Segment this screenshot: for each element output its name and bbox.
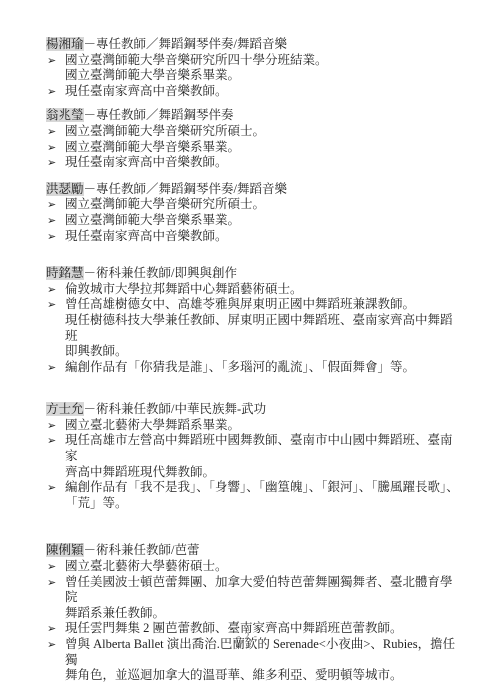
text-line: 現任高雄市左營高中舞蹈班中國舞教師、臺南市中山國中舞蹈班、臺南家	[65, 433, 460, 464]
arrow-bullet-icon: ➢	[46, 197, 65, 213]
bullet-item: ➢國立臺北藝術大學藝術碩士。	[46, 559, 460, 575]
teacher-section: 陳俐穎－術科兼任教師/芭蕾 ➢國立臺北藝術大學藝術碩士。➢曾任美國波士頓芭蕾舞團…	[46, 543, 460, 683]
bullet-text: 編創作品有「我不是我」、「身響」、「幽篁魄」、「銀河」、「騰風躍長歌」、「荒」等…	[65, 480, 460, 511]
teacher-name: 陳俐穎	[46, 543, 84, 557]
teacher-items: ➢國立臺灣師範大學音樂研究所碩士。➢國立臺灣師範大學音樂系畢業。➢現任臺南家齊高…	[46, 197, 460, 244]
text-line: 國立臺灣師範大學音樂研究所碩士。	[65, 197, 460, 213]
teacher-items: ➢倫敦城市大學拉邦舞蹈中心舞蹈藝術碩士。➢曾任高雄樹德女中、高雄苓雅與屏東明正國…	[46, 282, 460, 376]
teacher-heading: 時銘慧－術科兼任教師/即興與創作	[46, 266, 460, 282]
teacher-items: ➢國立臺北藝術大學藝術碩士。➢曾任美國波士頓芭蕾舞團、加拿大愛伯特芭蕾舞團獨舞者…	[46, 559, 460, 684]
bullet-text: 現任臺南家齊高中音樂教師。	[65, 155, 460, 171]
bullet-text: 曾任美國波士頓芭蕾舞團、加拿大愛伯特芭蕾舞團獨舞者、臺北體育學院舞蹈系兼任教師。	[65, 575, 460, 622]
teacher-name: 楊湘瑜	[46, 37, 84, 51]
bullet-text: 現任臺南家齊高中音樂教師。	[65, 84, 460, 100]
teacher-heading: 楊湘瑜－專任教師／舞蹈鋼琴伴奏/舞蹈音樂	[46, 37, 460, 53]
bullet-text: 編創作品有「你猜我是誰」、「多瑙河的亂流」、「假面舞會」等。	[65, 360, 460, 376]
bullet-text: 國立臺北藝術大學舞蹈系畢業。	[65, 418, 460, 434]
name-title-separator: －	[84, 108, 97, 122]
arrow-bullet-icon: ➢	[46, 53, 65, 69]
bullet-item: ➢國立臺北藝術大學舞蹈系畢業。	[46, 418, 460, 434]
text-line: 國立臺北藝術大學舞蹈系畢業。	[65, 418, 460, 434]
name-title-separator: －	[84, 266, 97, 280]
bullet-text: 國立臺灣師範大學音樂研究所碩士。	[65, 124, 460, 140]
name-title-separator: －	[84, 37, 97, 51]
text-line: 編創作品有「我不是我」、「身響」、「幽篁魄」、「銀河」、「騰風躍長歌」、	[65, 480, 460, 496]
bullet-text: 國立臺北藝術大學藝術碩士。	[65, 559, 460, 575]
teacher-name: 翁兆瑩	[46, 108, 84, 122]
arrow-bullet-icon: ➢	[46, 297, 65, 313]
bullet-item: ➢編創作品有「你猜我是誰」、「多瑙河的亂流」、「假面舞會」等。	[46, 360, 460, 376]
text-line: 現任臺南家齊高中音樂教師。	[65, 84, 460, 100]
teacher-title: 術科兼任教師/中華民族舞-武功	[96, 402, 266, 416]
bullet-text: 國立臺灣師範大學音樂系畢業。	[65, 213, 460, 229]
teacher-title: 術科兼任教師/芭蕾	[96, 543, 199, 557]
text-line: 即興教師。	[65, 344, 460, 360]
teacher-section: 方士允－術科兼任教師/中華民族舞-武功 ➢國立臺北藝術大學舞蹈系畢業。➢現任高雄…	[46, 402, 460, 511]
text-line: 現任樹德科技大學兼任教師、屏東明正國中舞蹈班、臺南家齊高中舞蹈班	[65, 313, 460, 344]
teacher-name: 洪瑟勵	[46, 182, 84, 196]
page-number: - 2 -	[0, 632, 495, 642]
bullet-text: 現任高雄市左營高中舞蹈班中國舞教師、臺南市中山國中舞蹈班、臺南家齊高中舞蹈班現代…	[65, 433, 460, 480]
teacher-heading: 方士允－術科兼任教師/中華民族舞-武功	[46, 402, 460, 418]
text-line: 編創作品有「你猜我是誰」、「多瑙河的亂流」、「假面舞會」等。	[65, 360, 460, 376]
teacher-section: 洪瑟勵－專任教師／舞蹈鋼琴伴奏/舞蹈音樂 ➢國立臺灣師範大學音樂研究所碩士。➢國…	[46, 182, 460, 244]
bullet-item: ➢曾任美國波士頓芭蕾舞團、加拿大愛伯特芭蕾舞團獨舞者、臺北體育學院舞蹈系兼任教師…	[46, 575, 460, 622]
teacher-items: ➢國立臺灣師範大學音樂研究所碩士。➢國立臺灣師範大學音樂系畢業。➢現任臺南家齊高…	[46, 124, 460, 171]
name-title-separator: －	[84, 182, 97, 196]
teacher-items: ➢國立臺北藝術大學舞蹈系畢業。➢現任高雄市左營高中舞蹈班中國舞教師、臺南市中山國…	[46, 418, 460, 512]
bullet-item: ➢現任臺南家齊高中音樂教師。	[46, 84, 460, 100]
bullet-item: ➢現任臺南家齊高中音樂教師。	[46, 229, 460, 245]
teacher-heading: 陳俐穎－術科兼任教師/芭蕾	[46, 543, 460, 559]
bullet-text: 倫敦城市大學拉邦舞蹈中心舞蹈藝術碩士。	[65, 282, 460, 298]
bullet-text: 國立臺灣師範大學音樂系畢業。	[65, 140, 460, 156]
teacher-section: 時銘慧－術科兼任教師/即興與創作 ➢倫敦城市大學拉邦舞蹈中心舞蹈藝術碩士。➢曾任…	[46, 266, 460, 375]
arrow-bullet-icon: ➢	[46, 433, 65, 449]
text-line: 曾任高雄樹德女中、高雄苓雅與屏東明正國中舞蹈班兼課教師。	[65, 297, 460, 313]
teacher-name: 時銘慧	[46, 266, 84, 280]
teacher-heading: 洪瑟勵－專任教師／舞蹈鋼琴伴奏/舞蹈音樂	[46, 182, 460, 198]
text-line: 國立臺灣師範大學音樂研究所四十學分班結業。	[65, 53, 460, 69]
teacher-section: 楊湘瑜－專任教師／舞蹈鋼琴伴奏/舞蹈音樂 ➢國立臺灣師範大學音樂研究所四十學分班…	[46, 37, 460, 99]
bullet-text: 現任臺南家齊高中音樂教師。	[65, 229, 460, 245]
name-title-separator: －	[84, 543, 97, 557]
arrow-bullet-icon: ➢	[46, 124, 65, 140]
bullet-item: ➢國立臺灣師範大學音樂研究所碩士。	[46, 124, 460, 140]
arrow-bullet-icon: ➢	[46, 84, 65, 100]
bullet-item: ➢倫敦城市大學拉邦舞蹈中心舞蹈藝術碩士。	[46, 282, 460, 298]
bullet-item: ➢國立臺灣師範大學音樂系畢業。	[46, 213, 460, 229]
text-line: 國立臺灣師範大學音樂系畢業。	[65, 140, 460, 156]
text-line: 現任臺南家齊高中音樂教師。	[65, 229, 460, 245]
bullet-item: ➢現任臺南家齊高中音樂教師。	[46, 155, 460, 171]
arrow-bullet-icon: ➢	[46, 282, 65, 298]
text-line: 國立臺灣師範大學音樂系畢業。	[65, 68, 460, 84]
bullet-item: ➢曾與 Alberta Ballet 演出喬治.巴蘭欽的 Serenade<小夜…	[46, 637, 460, 684]
text-line: 國立臺北藝術大學藝術碩士。	[65, 559, 460, 575]
arrow-bullet-icon: ➢	[46, 229, 65, 245]
bullet-text: 曾與 Alberta Ballet 演出喬治.巴蘭欽的 Serenade<小夜曲…	[65, 637, 460, 684]
teacher-title: 術科兼任教師/即興與創作	[96, 266, 237, 280]
text-line: 國立臺灣師範大學音樂研究所碩士。	[65, 124, 460, 140]
text-line: 倫敦城市大學拉邦舞蹈中心舞蹈藝術碩士。	[65, 282, 460, 298]
text-line: 舞角色，並巡迴加拿大的溫哥華、維多利亞、愛明頓等城市。	[65, 668, 460, 684]
arrow-bullet-icon: ➢	[46, 213, 65, 229]
text-line: 齊高中舞蹈班現代舞教師。	[65, 465, 460, 481]
text-line: 舞蹈系兼任教師。	[65, 606, 460, 622]
text-line: 現任臺南家齊高中音樂教師。	[65, 155, 460, 171]
text-line: 國立臺灣師範大學音樂系畢業。	[65, 213, 460, 229]
bullet-text: 國立臺灣師範大學音樂研究所四十學分班結業。國立臺灣師範大學音樂系畢業。	[65, 53, 460, 84]
teacher-name: 方士允	[46, 402, 84, 416]
text-line: 曾任美國波士頓芭蕾舞團、加拿大愛伯特芭蕾舞團獨舞者、臺北體育學院	[65, 575, 460, 606]
teacher-list: 楊湘瑜－專任教師／舞蹈鋼琴伴奏/舞蹈音樂 ➢國立臺灣師範大學音樂研究所四十學分班…	[46, 37, 460, 693]
bullet-text: 曾任高雄樹德女中、高雄苓雅與屏東明正國中舞蹈班兼課教師。現任樹德科技大學兼任教師…	[65, 297, 460, 359]
bullet-text: 國立臺灣師範大學音樂研究所碩士。	[65, 197, 460, 213]
arrow-bullet-icon: ➢	[46, 575, 65, 591]
teacher-title: 專任教師／舞蹈鋼琴伴奏/舞蹈音樂	[96, 37, 287, 51]
teacher-title: 專任教師／舞蹈鋼琴伴奏/舞蹈音樂	[96, 182, 287, 196]
arrow-bullet-icon: ➢	[46, 155, 65, 171]
arrow-bullet-icon: ➢	[46, 140, 65, 156]
arrow-bullet-icon: ➢	[46, 480, 65, 496]
bullet-item: ➢國立臺灣師範大學音樂研究所四十學分班結業。國立臺灣師範大學音樂系畢業。	[46, 53, 460, 84]
bullet-item: ➢曾任高雄樹德女中、高雄苓雅與屏東明正國中舞蹈班兼課教師。現任樹德科技大學兼任教…	[46, 297, 460, 359]
teacher-items: ➢國立臺灣師範大學音樂研究所四十學分班結業。國立臺灣師範大學音樂系畢業。➢現任臺…	[46, 53, 460, 100]
bullet-item: ➢現任高雄市左營高中舞蹈班中國舞教師、臺南市中山國中舞蹈班、臺南家齊高中舞蹈班現…	[46, 433, 460, 480]
teacher-heading: 翁兆瑩－專任教師／舞蹈鋼琴伴奏	[46, 108, 460, 124]
bullet-item: ➢編創作品有「我不是我」、「身響」、「幽篁魄」、「銀河」、「騰風躍長歌」、「荒」…	[46, 480, 460, 511]
document-page: 楊湘瑜－專任教師／舞蹈鋼琴伴奏/舞蹈音樂 ➢國立臺灣師範大學音樂研究所四十學分班…	[0, 0, 495, 700]
teacher-section: 翁兆瑩－專任教師／舞蹈鋼琴伴奏 ➢國立臺灣師範大學音樂研究所碩士。➢國立臺灣師範…	[46, 108, 460, 170]
text-line: 「荒」等。	[65, 496, 460, 512]
arrow-bullet-icon: ➢	[46, 418, 65, 434]
arrow-bullet-icon: ➢	[46, 360, 65, 376]
arrow-bullet-icon: ➢	[46, 559, 65, 575]
name-title-separator: －	[84, 402, 97, 416]
bullet-item: ➢國立臺灣師範大學音樂研究所碩士。	[46, 197, 460, 213]
teacher-title: 專任教師／舞蹈鋼琴伴奏	[96, 108, 234, 122]
bullet-item: ➢國立臺灣師範大學音樂系畢業。	[46, 140, 460, 156]
